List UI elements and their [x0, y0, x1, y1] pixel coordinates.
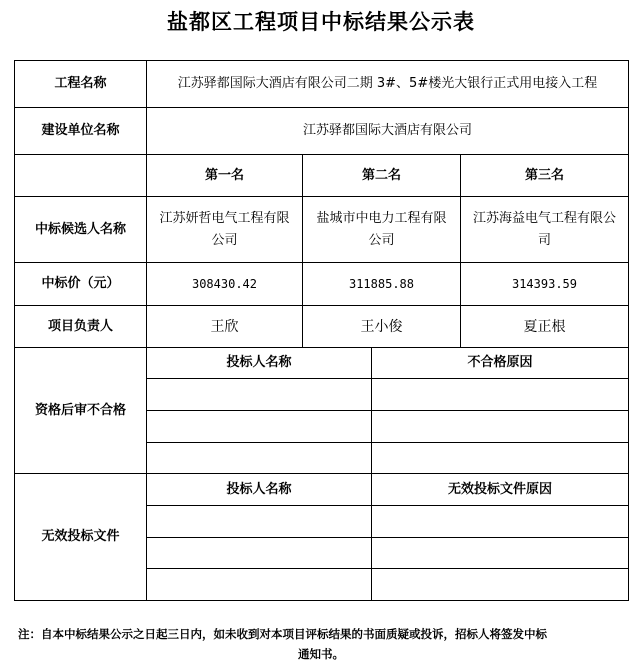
- invalid-row-1-bidder: [147, 506, 371, 537]
- price-2: 311885.88: [303, 263, 460, 305]
- manager-label: 项目负责人: [15, 306, 146, 347]
- manager-1: 王欣: [147, 306, 302, 347]
- table-border-bottom: [14, 600, 629, 601]
- manager-3: 夏正根: [461, 306, 628, 347]
- invalid-row-3-bidder: [147, 569, 371, 600]
- footnote-line-1: 注：自本中标结果公示之日起三日内，如未收到对本项目评标结果的书面质疑或投诉，招标…: [18, 626, 618, 642]
- invalid-col-bidder: 投标人名称: [147, 474, 371, 505]
- disqualified-row-1-bidder: [147, 379, 371, 410]
- price-3: 314393.59: [461, 263, 628, 305]
- rank-3-header: 第三名: [461, 155, 628, 196]
- candidate-2: 盐城市中电力工程有限公司: [303, 197, 460, 262]
- disqualified-row-3-reason: [372, 443, 628, 473]
- disqualified-col-reason: 不合格原因: [372, 348, 628, 378]
- page-title: 盐都区工程项目中标结果公示表: [0, 6, 642, 36]
- disqualified-row-1-reason: [372, 379, 628, 410]
- disqualified-row-3-bidder: [147, 443, 371, 473]
- invalid-row-3-reason: [372, 569, 628, 600]
- invalid-row-2-bidder: [147, 538, 371, 568]
- owner-label: 建设单位名称: [15, 108, 146, 154]
- footnote-line-2: 通知书。: [0, 646, 642, 662]
- owner-value: 江苏驿都国际大酒店有限公司: [147, 108, 628, 154]
- disqualified-row-2-bidder: [147, 411, 371, 442]
- rank-1-header: 第一名: [147, 155, 302, 196]
- manager-2: 王小俊: [303, 306, 460, 347]
- candidates-label: 中标候选人名称: [15, 197, 146, 262]
- invalid-row-2-reason: [372, 538, 628, 568]
- rank-2-header: 第二名: [303, 155, 460, 196]
- candidate-1: 江苏妍哲电气工程有限公司: [147, 197, 302, 262]
- project-name-value: 江苏驿都国际大酒店有限公司二期 3#、5#楼光大银行正式用电接入工程: [147, 61, 628, 107]
- price-label: 中标价（元）: [15, 263, 146, 305]
- disqualified-col-bidder: 投标人名称: [147, 348, 371, 378]
- invalid-col-reason: 无效投标文件原因: [372, 474, 628, 505]
- invalid-row-1-reason: [372, 506, 628, 537]
- project-name-label: 工程名称: [15, 61, 146, 107]
- table-border-right: [628, 60, 629, 601]
- disqualified-label: 资格后审不合格: [15, 348, 146, 473]
- disqualified-row-2-reason: [372, 411, 628, 442]
- candidate-3: 江苏海益电气工程有限公司: [461, 197, 628, 262]
- price-1: 308430.42: [147, 263, 302, 305]
- invalid-label: 无效投标文件: [15, 474, 146, 600]
